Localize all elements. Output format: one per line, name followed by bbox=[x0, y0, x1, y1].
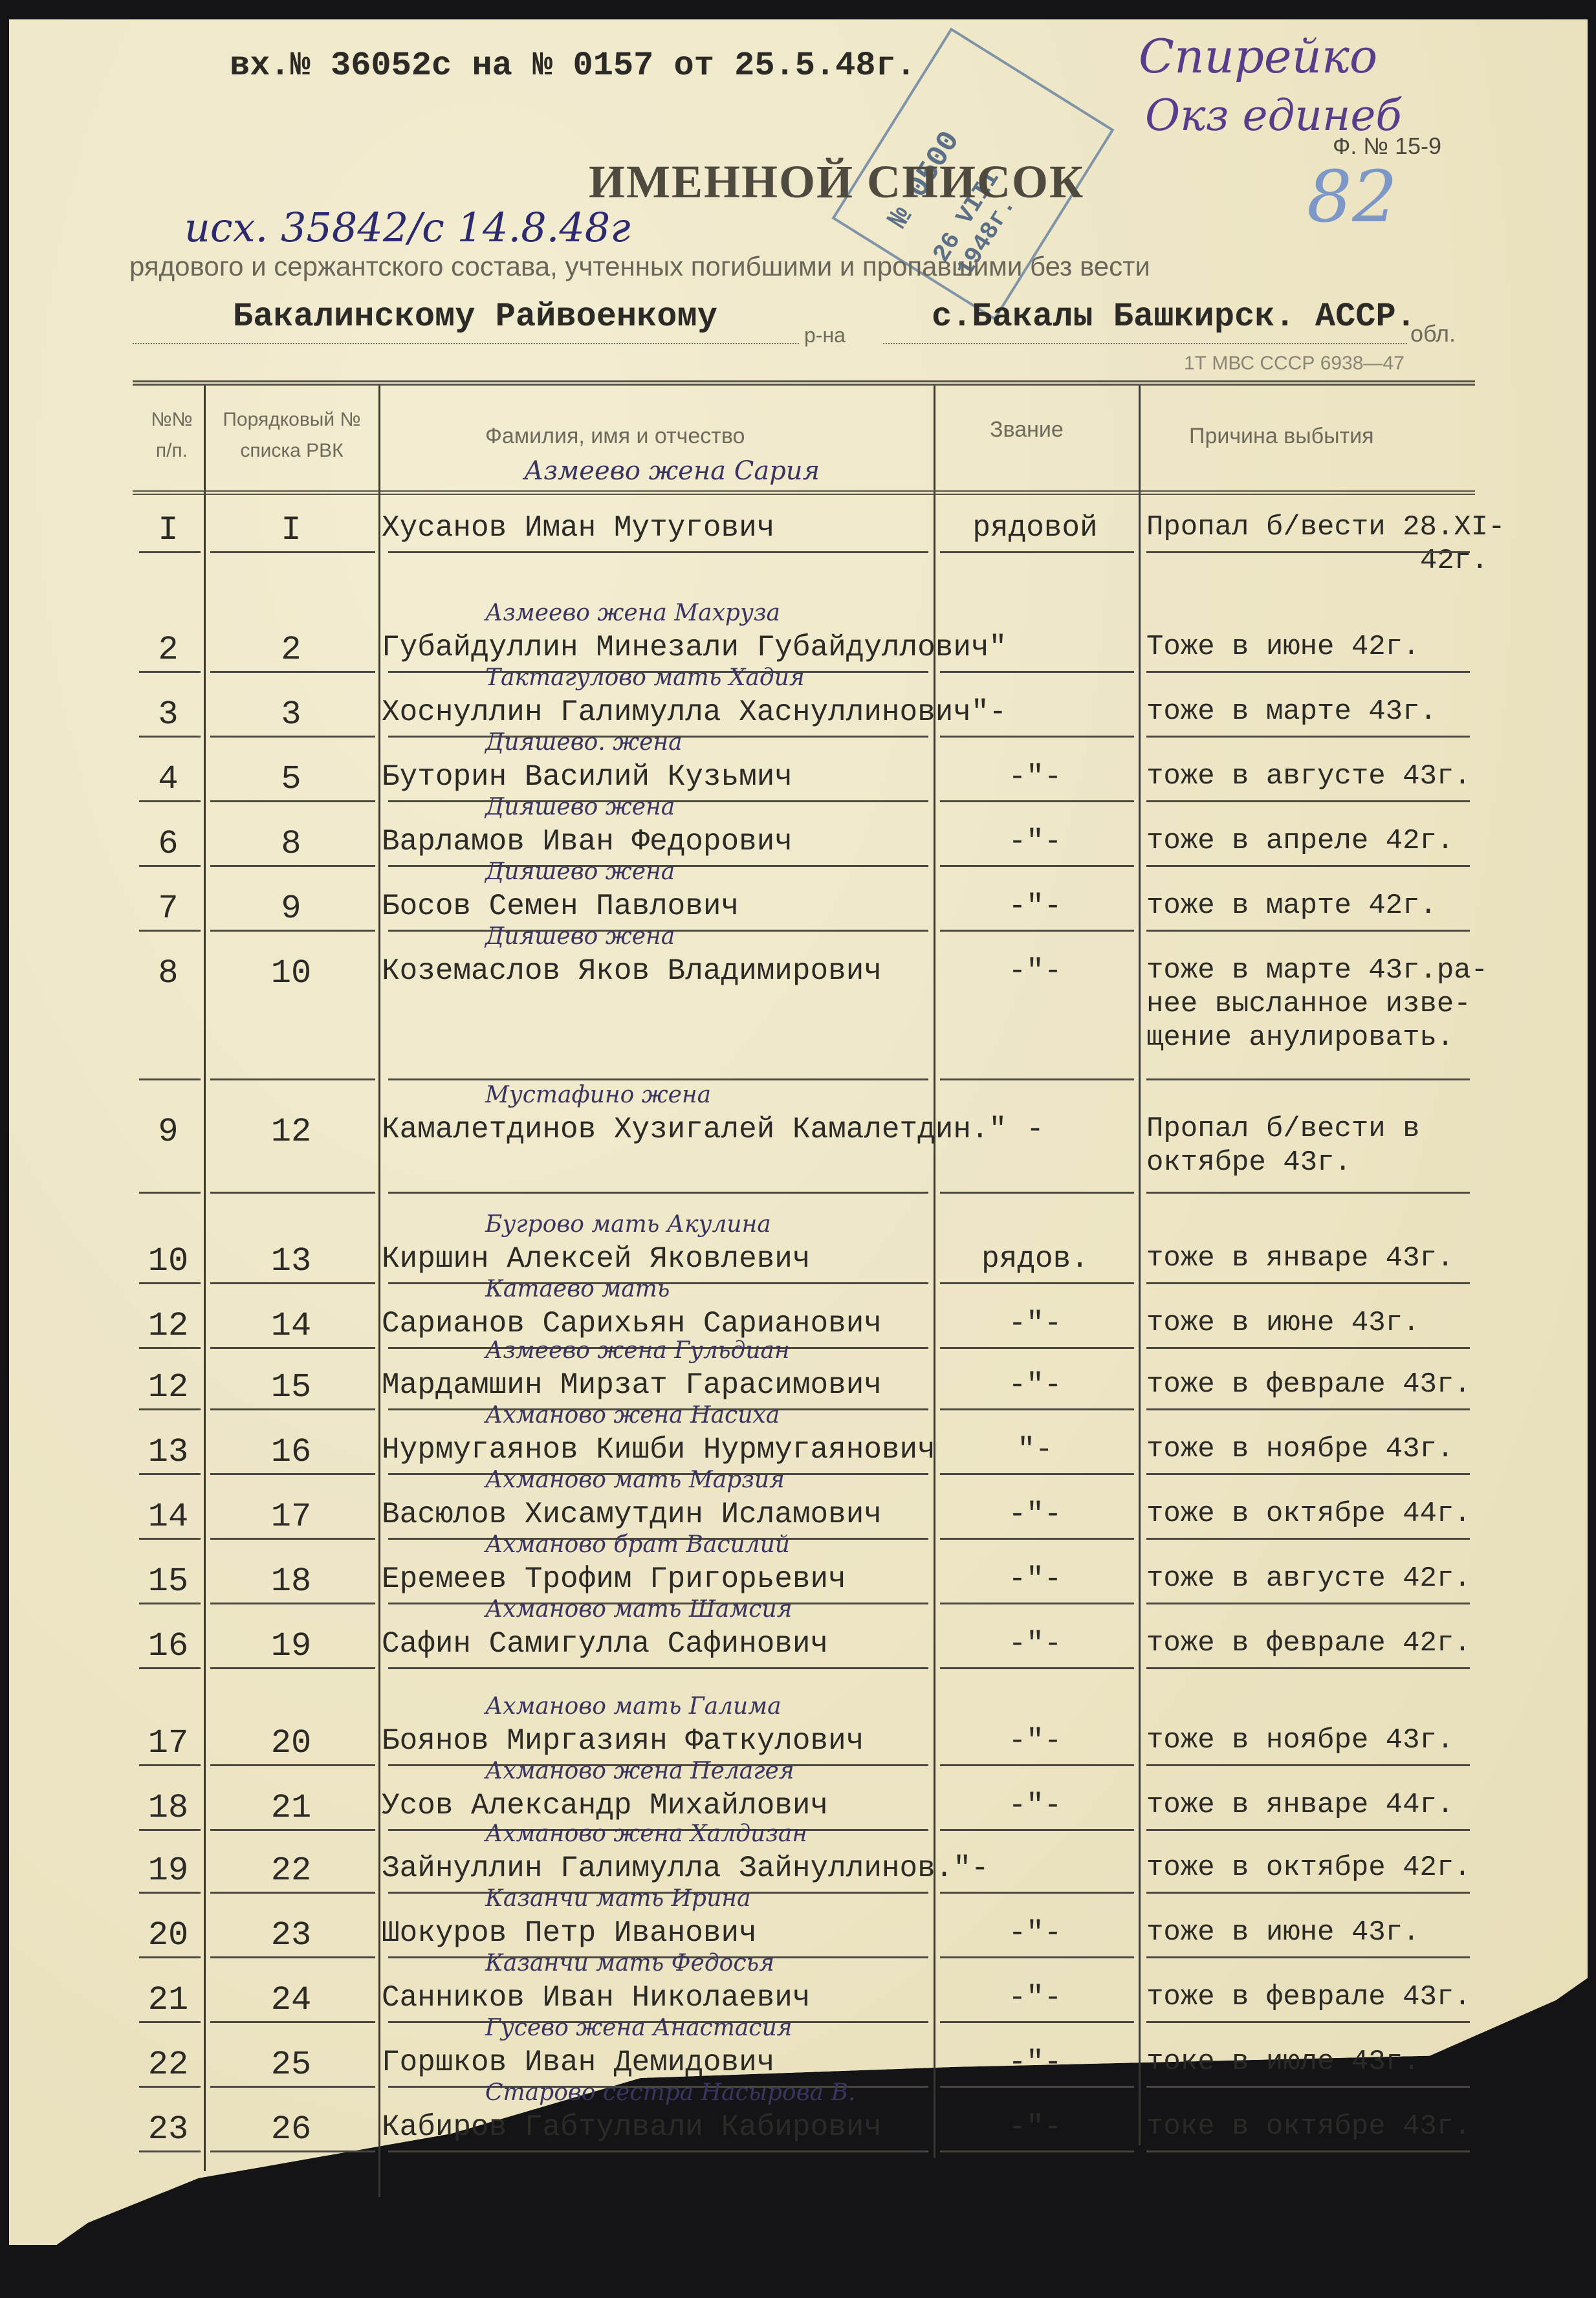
relative-note: Мустафино жена bbox=[485, 1082, 711, 1108]
row-rank: -"- bbox=[938, 1789, 1132, 1822]
row-full-name: Зайнуллин Галимулла Зайнуллинов."- bbox=[382, 1852, 989, 1885]
row-reason-cont: октябре 43г. bbox=[1146, 1146, 1351, 1179]
row-rank: -"- bbox=[938, 890, 1132, 923]
resolution-line-1: Спирейко bbox=[1139, 29, 1377, 83]
row-rule bbox=[940, 1764, 1134, 1766]
row-rule bbox=[388, 1192, 928, 1194]
row-rule bbox=[210, 1956, 375, 1958]
header-rank: Звание bbox=[990, 417, 1064, 443]
row-rule bbox=[139, 930, 201, 932]
row-rule bbox=[1146, 551, 1470, 553]
row-rule bbox=[139, 1956, 201, 1958]
row-rule bbox=[139, 671, 201, 673]
row-rank: -"- bbox=[938, 1562, 1132, 1596]
row-rule bbox=[940, 1829, 1134, 1831]
relative-note: Ахманово жена Насиха bbox=[485, 1402, 780, 1428]
row-rule bbox=[139, 800, 201, 802]
row-full-name: Хоснуллин Галимулла Хаснуллинович"- bbox=[382, 695, 1007, 729]
row-rule bbox=[139, 1282, 201, 1284]
document-title: ИМЕННОЙ СПИСОК bbox=[589, 155, 1084, 209]
row-rule bbox=[210, 1667, 375, 1669]
row-rule bbox=[940, 800, 1134, 802]
row-rule bbox=[388, 551, 928, 553]
row-index: 16 bbox=[139, 1627, 197, 1665]
row-rule bbox=[210, 1282, 375, 1284]
row-rule bbox=[210, 2021, 375, 2023]
row-index: 4 bbox=[139, 760, 197, 798]
row-rvk-number: 21 bbox=[207, 1789, 375, 1827]
row-rvk-number: 5 bbox=[207, 760, 375, 798]
row-rule bbox=[210, 865, 375, 867]
row-reason: тоже в августе 43г. bbox=[1146, 760, 1471, 793]
row-rvk-number: 3 bbox=[207, 695, 375, 734]
row-rule bbox=[210, 1603, 375, 1604]
row-full-name: Кабиров Габтулвали Кабирович bbox=[382, 2110, 882, 2144]
row-index: 21 bbox=[139, 1981, 197, 2019]
header-name: Фамилия, имя и отчество bbox=[485, 424, 745, 449]
row-reason: тоже в апреле 42г. bbox=[1146, 825, 1454, 857]
header-idx: №№ п/п. bbox=[141, 404, 202, 466]
row-rule bbox=[1146, 1282, 1470, 1284]
row-rule bbox=[210, 1192, 375, 1194]
relative-note: Казанчи мать Ирина bbox=[485, 1885, 750, 1912]
row-rule bbox=[940, 671, 1134, 673]
row-rule bbox=[1146, 1347, 1470, 1349]
row-rule bbox=[940, 1473, 1134, 1475]
row-rule bbox=[1146, 1764, 1470, 1766]
row-full-name: Буторин Василий Кузьмич bbox=[382, 760, 793, 794]
row-rule bbox=[210, 1078, 375, 1080]
row-rule bbox=[1146, 1892, 1470, 1894]
row-reason: тоже в июне 43г. bbox=[1146, 1916, 1419, 1949]
row-rule bbox=[139, 2150, 201, 2152]
relative-note: Старово сестра Насырова В. bbox=[485, 2079, 855, 2106]
row-reason: Тоже в июне 42г. bbox=[1146, 631, 1419, 663]
row-rule bbox=[940, 1078, 1134, 1080]
addressee: Бакалинскому Райвоенкому bbox=[233, 298, 717, 336]
row-full-name: Боянов Миргазиян Фаткулович bbox=[382, 1724, 864, 1758]
row-rule bbox=[1146, 1408, 1470, 1410]
row-rank: рядовой bbox=[938, 511, 1132, 545]
row-reason: тоже в июне 43г. bbox=[1146, 1307, 1419, 1339]
row-full-name: Хусанов Иман Мутугович bbox=[382, 511, 774, 545]
row-index: 12 bbox=[139, 1368, 197, 1406]
row-rule bbox=[210, 551, 375, 553]
column-divider-2 bbox=[378, 386, 380, 2197]
row-reason: тоже в октябре 42г. bbox=[1146, 1852, 1471, 1884]
region: с.Бакалы Башкирск. АССР. bbox=[932, 298, 1416, 336]
row-rule bbox=[139, 865, 201, 867]
row-reason: тоже в ноябре 43г. bbox=[1146, 1724, 1454, 1756]
row-full-name: Губайдуллин Минезали Губайдуллович" bbox=[382, 631, 1007, 664]
row-reason: тоже в феврале 43г. bbox=[1146, 1368, 1471, 1401]
row-full-name: Санников Иван Николаевич bbox=[382, 1981, 811, 2015]
incoming-reference: вх.№ 36052с на № 0157 от 25.5.48г. bbox=[230, 47, 916, 85]
row-rvk-number: 2 bbox=[207, 631, 375, 669]
relative-note: Бугрово мать Акулина bbox=[485, 1211, 771, 1238]
column-divider-1 bbox=[204, 386, 206, 2171]
row-rvk-number: 26 bbox=[207, 2110, 375, 2149]
header-rvk: Порядковый № списка РВК bbox=[207, 404, 377, 466]
row-rule bbox=[210, 1829, 375, 1831]
row-rank: -"- bbox=[938, 1724, 1132, 1758]
row-rule bbox=[1146, 1192, 1470, 1194]
relative-note: Азмеево жена Махруза bbox=[485, 600, 780, 626]
row-reason: тоже в августе 42г. bbox=[1146, 1562, 1471, 1595]
row-rule bbox=[388, 1667, 928, 1669]
row-rank: -"- bbox=[938, 1368, 1132, 1402]
header-reason: Причина выбытия bbox=[1189, 424, 1374, 449]
row-full-name: Сарианов Сарихьян Сарианович bbox=[382, 1307, 882, 1340]
row-rule bbox=[1146, 1956, 1470, 1958]
row-rule bbox=[210, 671, 375, 673]
row-rule bbox=[1146, 1667, 1470, 1669]
row-rvk-number: 8 bbox=[207, 825, 375, 863]
row-rank: -"- bbox=[938, 1981, 1132, 2015]
row-rule bbox=[1146, 1603, 1470, 1604]
row-full-name: Васюлов Хисамутдин Исламович bbox=[382, 1498, 882, 1531]
row-index: 14 bbox=[139, 1498, 197, 1536]
row-full-name: Горшков Иван Демидович bbox=[382, 2046, 774, 2079]
row-index: 18 bbox=[139, 1789, 197, 1827]
row-index: 6 bbox=[139, 825, 197, 863]
row-rule bbox=[210, 1538, 375, 1540]
row-index: I bbox=[139, 511, 197, 549]
row-rvk-number: 22 bbox=[207, 1852, 375, 1890]
row-rank: -"- bbox=[938, 954, 1132, 988]
relative-note: Ахманово жена Халдизан bbox=[485, 1821, 807, 1847]
row-reason: тоже в январе 43г. bbox=[1146, 1242, 1454, 1275]
relative-note: Катаево мать bbox=[485, 1276, 670, 1302]
relative-note: Дияшево. жена bbox=[485, 729, 683, 756]
row-rvk-number: 14 bbox=[207, 1307, 375, 1345]
row-reason: тоже в январе 44г. bbox=[1146, 1789, 1454, 1821]
row-rule bbox=[940, 2086, 1134, 2088]
region-suffix: обл. bbox=[1410, 320, 1456, 347]
row-rvk-number: 16 bbox=[207, 1433, 375, 1471]
row-rule bbox=[139, 1538, 201, 1540]
row-rule bbox=[139, 1078, 201, 1080]
row-rule bbox=[940, 1538, 1134, 1540]
row-index: 23 bbox=[139, 2110, 197, 2149]
row-index: 15 bbox=[139, 1562, 197, 1601]
row-rule bbox=[1146, 1538, 1470, 1540]
row-rule bbox=[210, 930, 375, 932]
row-rule bbox=[139, 551, 201, 553]
row-full-name: Еремеев Трофим Григорьевич bbox=[382, 1562, 846, 1596]
row-rule bbox=[210, 2150, 375, 2152]
relative-note: Казанчи мать Федосья bbox=[485, 1950, 774, 1976]
header-note: Азмеево жена Сария bbox=[524, 456, 820, 486]
row-rank: -"- bbox=[938, 1498, 1132, 1531]
row-rule bbox=[1146, 671, 1470, 673]
relative-note: Ахманово жена Пелагея bbox=[485, 1758, 794, 1784]
row-rule bbox=[139, 1192, 201, 1194]
row-index: 22 bbox=[139, 2046, 197, 2084]
row-reason: Пропал б/вести 28.XI- bbox=[1146, 511, 1505, 543]
row-reason-cont: 42г. bbox=[1420, 545, 1489, 577]
row-full-name: Нурмугаянов Кишби Нурмугаянович bbox=[382, 1433, 935, 1467]
print-reference: 1Т МВС СССР 6938—47 bbox=[1184, 353, 1405, 375]
row-rank: -"- bbox=[938, 760, 1132, 794]
row-reason-cont: нее высланное изве- bbox=[1146, 988, 1471, 1020]
row-rule bbox=[210, 2086, 375, 2088]
row-full-name: Варламов Иван Федорович bbox=[382, 825, 793, 859]
row-full-name: Усов Александр Михайлович bbox=[382, 1789, 828, 1822]
row-rule bbox=[940, 930, 1134, 932]
row-rule bbox=[940, 1667, 1134, 1669]
row-rvk-number: 20 bbox=[207, 1724, 375, 1762]
row-rank: -"- bbox=[938, 1627, 1132, 1661]
addressee-underline bbox=[133, 343, 799, 344]
row-rule bbox=[1146, 2150, 1470, 2152]
column-divider-4 bbox=[1139, 386, 1141, 2145]
relative-note: Дияшево жена bbox=[485, 859, 675, 885]
row-rule bbox=[210, 800, 375, 802]
table-top-border bbox=[133, 380, 1475, 386]
row-index: 12 bbox=[139, 1307, 197, 1345]
row-rvk-number: 10 bbox=[207, 954, 375, 992]
row-full-name: Киршин Алексей Яковлевич bbox=[382, 1242, 811, 1276]
row-rule bbox=[210, 736, 375, 738]
row-index: 19 bbox=[139, 1852, 197, 1890]
row-rule bbox=[1146, 1829, 1470, 1831]
outgoing-reference: исх. 35842/с 14.8.48г bbox=[184, 204, 631, 251]
row-index: 2 bbox=[139, 631, 197, 669]
row-rule bbox=[139, 1892, 201, 1894]
row-rvk-number: 19 bbox=[207, 1627, 375, 1665]
row-full-name: Сафин Самигулла Сафинович bbox=[382, 1627, 828, 1661]
row-full-name: Босов Семен Павлович bbox=[382, 890, 739, 923]
row-rule bbox=[139, 2021, 201, 2023]
row-rvk-number: 23 bbox=[207, 1916, 375, 1954]
row-rule bbox=[940, 2021, 1134, 2023]
row-reason: тоже в марте 42г. bbox=[1146, 890, 1437, 922]
row-rvk-number: 18 bbox=[207, 1562, 375, 1601]
row-reason: Пропал б/вести в bbox=[1146, 1113, 1419, 1145]
row-index: 8 bbox=[139, 954, 197, 992]
header-bottom-border bbox=[133, 490, 1475, 495]
row-rank: -"- bbox=[938, 1916, 1132, 1950]
row-reason-cont: щение анулировать. bbox=[1146, 1022, 1454, 1054]
region-underline bbox=[883, 343, 1407, 344]
row-index: 3 bbox=[139, 695, 197, 734]
row-full-name: Шокуров Петр Иванович bbox=[382, 1916, 757, 1950]
relative-note: Тактагулово мать Хадия bbox=[485, 664, 805, 691]
row-rule bbox=[940, 551, 1134, 553]
row-rule bbox=[139, 736, 201, 738]
row-rule bbox=[210, 1347, 375, 1349]
row-rule bbox=[940, 865, 1134, 867]
row-rule bbox=[1146, 1473, 1470, 1475]
row-rule bbox=[388, 1078, 928, 1080]
row-full-name: Мардамшин Мирзат Гарасимович bbox=[382, 1368, 882, 1402]
relative-note: Ахманово мать Шамсия bbox=[485, 1596, 792, 1623]
row-reason: тоже в ноябре 43г. bbox=[1146, 1433, 1454, 1465]
row-rule bbox=[139, 1829, 201, 1831]
row-rule bbox=[139, 1603, 201, 1604]
row-rank: - bbox=[938, 1113, 1132, 1146]
row-index: 13 bbox=[139, 1433, 197, 1471]
relative-note: Ахманово мать Галима bbox=[485, 1693, 782, 1720]
row-rule bbox=[388, 2150, 928, 2152]
row-rule bbox=[139, 2086, 201, 2088]
row-rank: "- bbox=[938, 1433, 1132, 1467]
row-reason: токе в июле 43г. bbox=[1146, 2046, 1419, 2078]
row-rule bbox=[210, 1408, 375, 1410]
row-rule bbox=[1146, 2021, 1470, 2023]
row-index: 20 bbox=[139, 1916, 197, 1954]
row-rule bbox=[940, 1892, 1134, 1894]
row-rule bbox=[940, 1347, 1134, 1349]
row-reason: тоже в феврале 42г. bbox=[1146, 1627, 1471, 1659]
row-full-name: Камалетдинов Хузигалей Камалетдин." bbox=[382, 1113, 1007, 1146]
row-rule bbox=[139, 1473, 201, 1475]
row-rule bbox=[139, 1347, 201, 1349]
row-reason: тоже в октябре 44г. bbox=[1146, 1498, 1471, 1530]
relative-note: Гусево жена Анастасия bbox=[485, 2015, 793, 2041]
row-rule bbox=[1146, 865, 1470, 867]
row-rule bbox=[1146, 930, 1470, 932]
row-rank: рядов. bbox=[938, 1242, 1132, 1276]
row-rule bbox=[940, 736, 1134, 738]
row-rule bbox=[1146, 2086, 1470, 2088]
addressee-suffix: р-на bbox=[804, 323, 846, 347]
relative-note: Дияшево жена bbox=[485, 794, 675, 820]
row-rvk-number: 25 bbox=[207, 2046, 375, 2084]
document-subtitle: рядового и сержантского состава, учтенны… bbox=[129, 251, 1150, 282]
row-rvk-number: 24 bbox=[207, 1981, 375, 2019]
row-rvk-number: 13 bbox=[207, 1242, 375, 1280]
row-rule bbox=[940, 1408, 1134, 1410]
row-reason: токе в октябре 43г. bbox=[1146, 2110, 1471, 2143]
relative-note: Дияшево жена bbox=[485, 923, 675, 950]
row-rule bbox=[210, 1473, 375, 1475]
row-rank: -"- bbox=[938, 1307, 1132, 1340]
row-rule bbox=[1146, 800, 1470, 802]
row-rule bbox=[940, 1282, 1134, 1284]
row-rule bbox=[940, 1192, 1134, 1194]
relative-note: Ахманово мать Марзия bbox=[485, 1467, 785, 1493]
row-index: 9 bbox=[139, 1113, 197, 1151]
sheet-number: 82 bbox=[1307, 155, 1397, 238]
row-rvk-number: 9 bbox=[207, 890, 375, 928]
row-rvk-number: 12 bbox=[207, 1113, 375, 1151]
row-rule bbox=[210, 1764, 375, 1766]
row-index: 7 bbox=[139, 890, 197, 928]
row-rule bbox=[210, 1892, 375, 1894]
row-rvk-number: 17 bbox=[207, 1498, 375, 1536]
row-rule bbox=[1146, 1078, 1470, 1080]
row-index: 17 bbox=[139, 1724, 197, 1762]
row-reason: тоже в феврале 43г. bbox=[1146, 1981, 1471, 2013]
row-index: 10 bbox=[139, 1242, 197, 1280]
row-rule bbox=[940, 2150, 1134, 2152]
row-rank: -"- bbox=[938, 2046, 1132, 2079]
relative-note: Азмеево жена Гульдиан bbox=[485, 1337, 790, 1364]
row-full-name: Коземаслов Яков Владимирович bbox=[382, 954, 882, 988]
row-rule bbox=[1146, 736, 1470, 738]
row-rank: -"- bbox=[938, 2110, 1132, 2144]
row-rvk-number: 15 bbox=[207, 1368, 375, 1406]
row-reason: тоже в марте 43г.ра- bbox=[1146, 954, 1488, 987]
row-rule bbox=[940, 1956, 1134, 1958]
row-rule bbox=[139, 1408, 201, 1410]
row-rule bbox=[139, 1667, 201, 1669]
row-rule bbox=[139, 1764, 201, 1766]
row-rank: -"- bbox=[938, 825, 1132, 859]
row-reason: тоже в марте 43г. bbox=[1146, 695, 1437, 728]
relative-note: Ахманово брат Василий bbox=[485, 1531, 790, 1558]
row-rvk-number: I bbox=[207, 511, 375, 549]
row-rule bbox=[940, 1603, 1134, 1604]
